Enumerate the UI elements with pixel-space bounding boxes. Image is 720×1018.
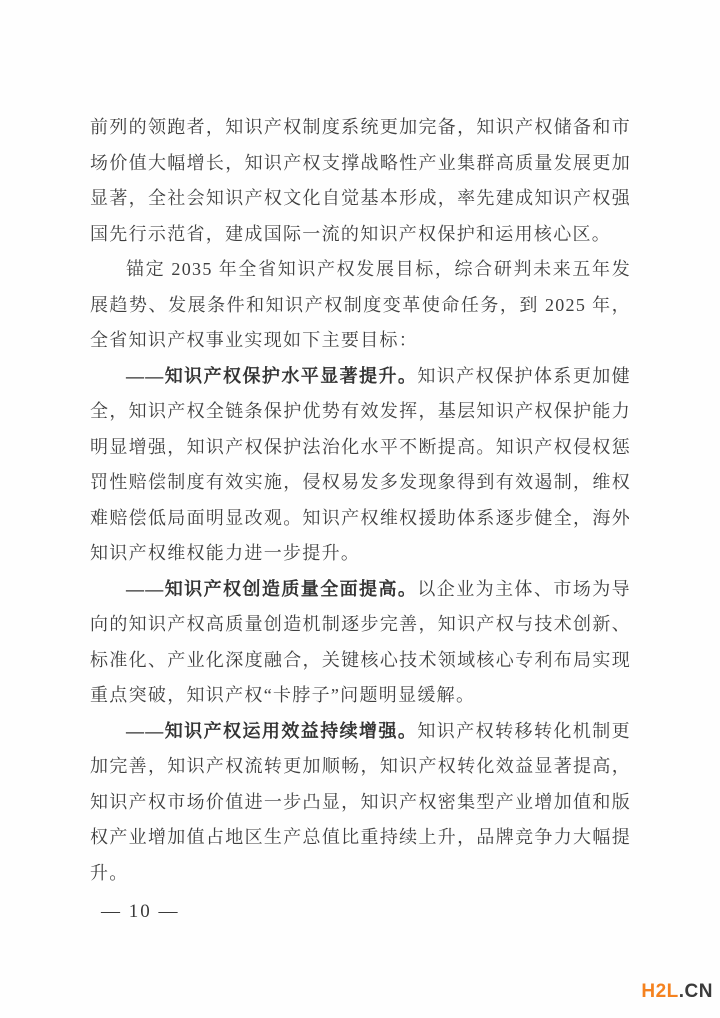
- paragraph: ——知识产权创造质量全面提高。以企业为主体、市场为导向的知识产权高质量创造机制逐…: [90, 572, 631, 714]
- watermark-primary-text: H2L: [641, 981, 678, 1002]
- paragraph: ——知识产权运用效益持续增强。知识产权转移转化机制更加完善，知识产权流转更加顺畅…: [90, 714, 631, 892]
- page-number: — 10 —: [101, 901, 180, 923]
- watermark-secondary-text: .CN: [679, 981, 713, 1002]
- paragraph: 锚定 2035 年全省知识产权发展目标，综合研判未来五年发展趋势、发展条件和知识…: [90, 252, 631, 359]
- document-body: 前列的领跑者，知识产权制度系统更加完备，知识产权储备和市场价值大幅增长，知识产权…: [90, 110, 631, 891]
- paragraph: 前列的领跑者，知识产权制度系统更加完备，知识产权储备和市场价值大幅增长，知识产权…: [90, 110, 631, 252]
- paragraph: ——知识产权保护水平显著提升。知识产权保护体系更加健全，知识产权全链条保护优势有…: [90, 359, 631, 572]
- paragraph-lead-bold: ——知识产权运用效益持续增强。: [126, 721, 417, 741]
- paragraph-lead-bold: ——知识产权创造质量全面提高。: [126, 579, 417, 599]
- paragraph-lead-bold: ——知识产权保护水平显著提升。: [126, 366, 417, 386]
- watermark: H2L.CN: [641, 981, 713, 1003]
- document-page: 前列的领跑者，知识产权制度系统更加完备，知识产权储备和市场价值大幅增长，知识产权…: [0, 0, 720, 1018]
